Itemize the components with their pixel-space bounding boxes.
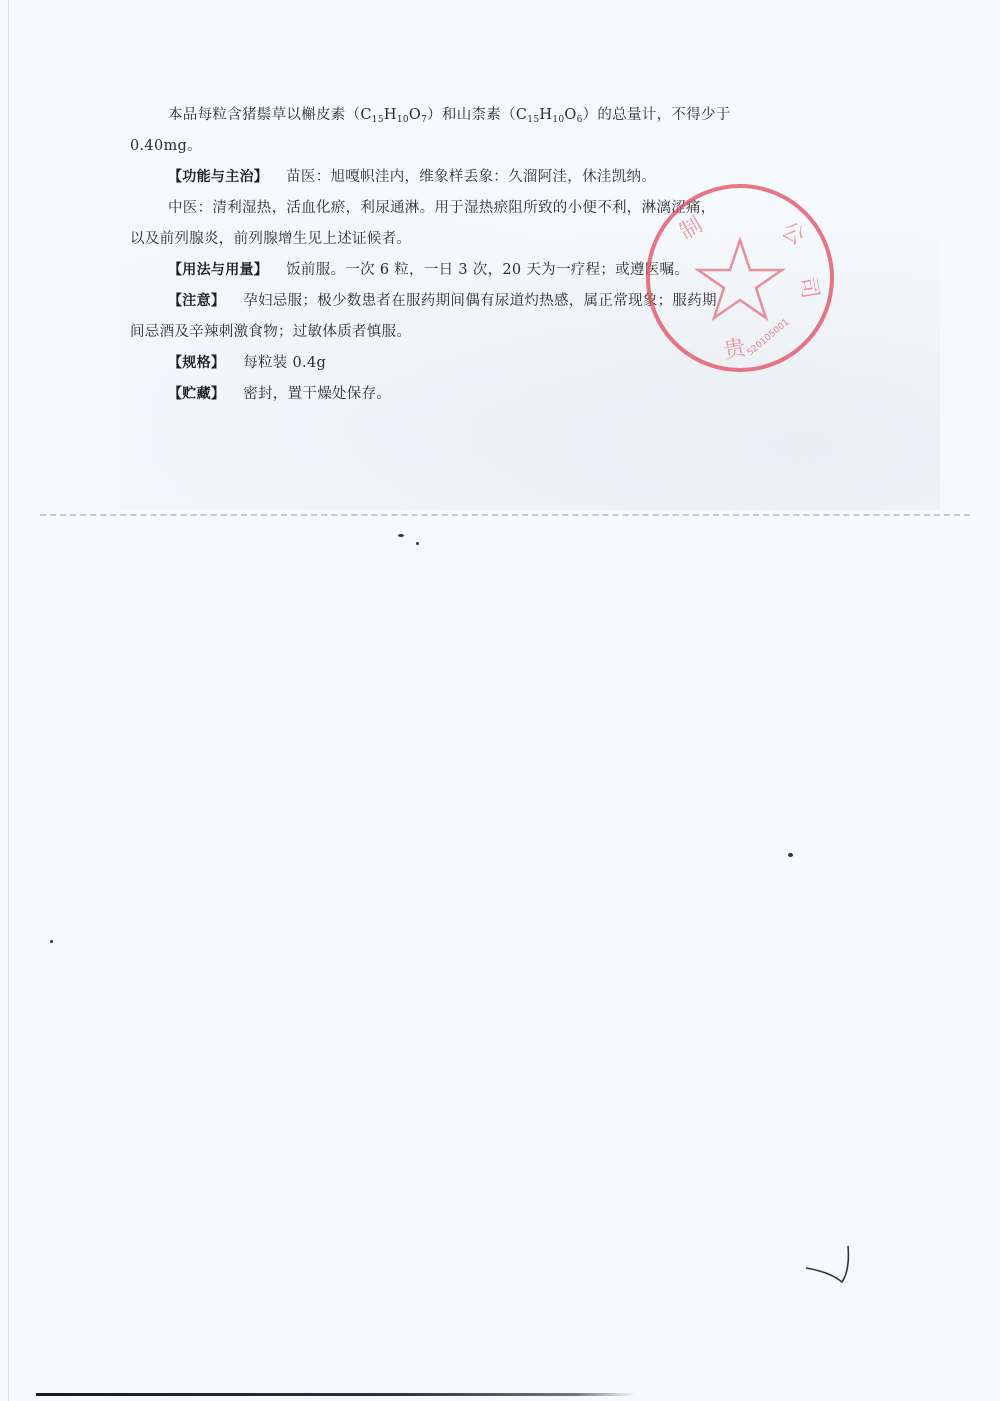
sub-c2: 15 (527, 115, 539, 125)
stamp-char: 司 (794, 275, 822, 301)
stamp-char: 制 (676, 213, 708, 246)
tear-line-divider (40, 514, 970, 518)
scan-speck (398, 534, 404, 537)
scan-speck (788, 853, 793, 857)
section-text: 饭前服。一次 6 粒，一日 3 次，20 天为一疗程；或遵医嘱。 (286, 262, 689, 278)
section-heading: 【贮藏】 (168, 386, 225, 402)
section-heading: 【规格】 (168, 355, 225, 371)
scan-speck (416, 542, 419, 545)
sub-c1: 15 (372, 115, 384, 125)
sub-h2: 10 (552, 115, 564, 125)
section-storage: 【贮藏】密封，置干燥处保存。 (130, 379, 830, 410)
bottom-rule (36, 1393, 636, 1396)
section-heading: 【功能与主治】 (168, 169, 268, 185)
content-continuation: 0.40mg。 (130, 131, 830, 162)
content-mid: ）和山柰素（C (427, 107, 527, 123)
pen-mark (800, 1240, 880, 1290)
company-seal-stamp: 制 公 司 贵 520105001 (640, 178, 840, 378)
content-prefix: 本品每粒含猪鬃草以槲皮素（C (168, 107, 372, 123)
stamp-char: 公 (777, 217, 809, 250)
scan-left-edge (8, 0, 9, 1401)
content-suffix: ）的总量计，不得少于 (583, 107, 731, 123)
content-line: 本品每粒含猪鬃草以槲皮素（C15H10O7）和山柰素（C15H10O6）的总量计… (130, 100, 830, 131)
sub-h1: 10 (397, 115, 409, 125)
section-text: 密封，置干燥处保存。 (243, 386, 391, 402)
scan-speck (50, 940, 53, 943)
stamp-code: 520105001 (746, 318, 792, 359)
section-heading: 【注意】 (168, 293, 225, 309)
section-text: 每粒装 0.4g (243, 355, 326, 371)
section-heading: 【用法与用量】 (168, 262, 268, 278)
section-text: 苗医：旭嘎帜洼内，维象样丢象：久溜阿洼，休洼凯纳。 (286, 169, 656, 185)
